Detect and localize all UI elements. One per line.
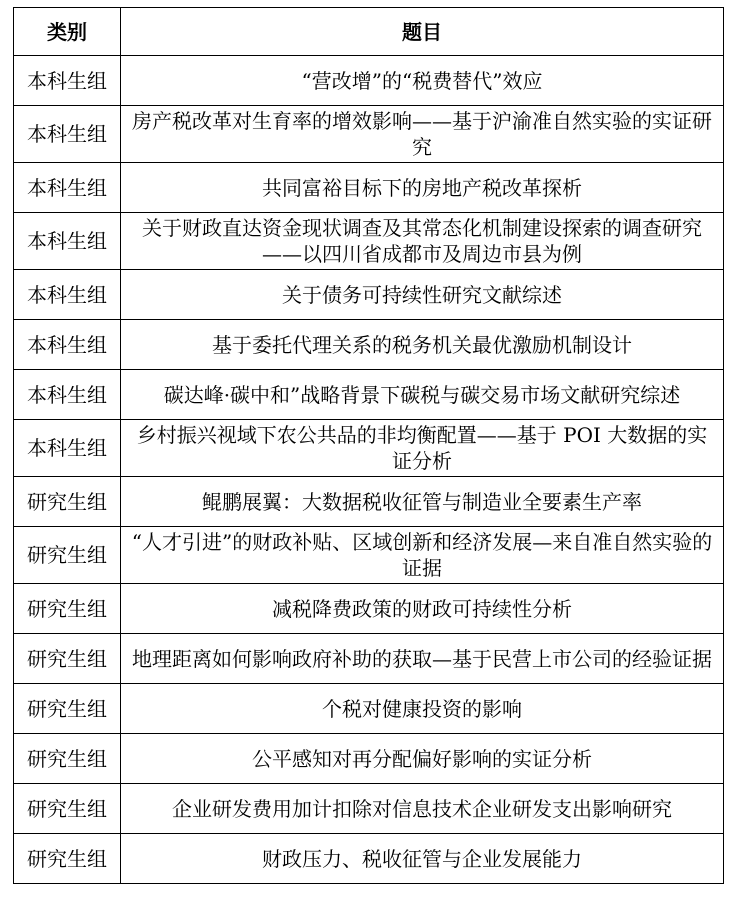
category-cell: 研究生组 [14, 477, 121, 527]
title-cell: 房产税改革对生育率的增效影响——基于沪渝准自然实验的实证研究 [121, 106, 724, 163]
title-cell: 个税对健康投资的影响 [121, 684, 724, 734]
table-row: 本科生组 关于债务可持续性研究文献综述 [14, 270, 724, 320]
title-cell: 企业研发费用加计扣除对信息技术企业研发支出影响研究 [121, 784, 724, 834]
table-row: 研究生组 财政压力、税收征管与企业发展能力 [14, 834, 724, 884]
topics-table: 类别 题目 本科生组 “营改增”的“税费替代”效应 本科生组 房产税改革对生育率… [13, 7, 724, 884]
category-cell: 本科生组 [14, 320, 121, 370]
table-row: 本科生组 共同富裕目标下的房地产税改革探析 [14, 163, 724, 213]
category-cell: 本科生组 [14, 163, 121, 213]
table-header: 类别 题目 [14, 8, 724, 56]
table-row: 本科生组 碳达峰·碳中和”战略背景下碳税与碳交易市场文献研究综述 [14, 370, 724, 420]
category-cell: 研究生组 [14, 684, 121, 734]
title-cell: “人才引进”的财政补贴、区域创新和经济发展—来自准自然实验的证据 [121, 527, 724, 584]
title-cell: 减税降费政策的财政可持续性分析 [121, 584, 724, 634]
category-cell: 本科生组 [14, 420, 121, 477]
category-cell: 研究生组 [14, 784, 121, 834]
title-cell: 鲲鹏展翼：大数据税收征管与制造业全要素生产率 [121, 477, 724, 527]
title-cell: 共同富裕目标下的房地产税改革探析 [121, 163, 724, 213]
table-row: 本科生组 房产税改革对生育率的增效影响——基于沪渝准自然实验的实证研究 [14, 106, 724, 163]
table-row: 研究生组 “人才引进”的财政补贴、区域创新和经济发展—来自准自然实验的证据 [14, 527, 724, 584]
title-cell: 基于委托代理关系的税务机关最优激励机制设计 [121, 320, 724, 370]
table-row: 研究生组 鲲鹏展翼：大数据税收征管与制造业全要素生产率 [14, 477, 724, 527]
table-row: 研究生组 减税降费政策的财政可持续性分析 [14, 584, 724, 634]
table-row: 研究生组 公平感知对再分配偏好影响的实证分析 [14, 734, 724, 784]
category-cell: 本科生组 [14, 370, 121, 420]
category-cell: 研究生组 [14, 634, 121, 684]
table-row: 本科生组 关于财政直达资金现状调查及其常态化机制建设探索的调查研究——以四川省成… [14, 213, 724, 270]
category-cell: 研究生组 [14, 834, 121, 884]
category-cell: 本科生组 [14, 213, 121, 270]
category-cell: 研究生组 [14, 584, 121, 634]
table-body: 本科生组 “营改增”的“税费替代”效应 本科生组 房产税改革对生育率的增效影响—… [14, 56, 724, 884]
title-cell: “营改增”的“税费替代”效应 [121, 56, 724, 106]
title-cell: 地理距离如何影响政府补助的获取—基于民营上市公司的经验证据 [121, 634, 724, 684]
category-cell: 本科生组 [14, 270, 121, 320]
category-cell: 本科生组 [14, 106, 121, 163]
header-row: 类别 题目 [14, 8, 724, 56]
category-cell: 研究生组 [14, 734, 121, 784]
table-row: 本科生组 “营改增”的“税费替代”效应 [14, 56, 724, 106]
table-row: 研究生组 地理距离如何影响政府补助的获取—基于民营上市公司的经验证据 [14, 634, 724, 684]
title-cell: 乡村振兴视域下农公共品的非均衡配置——基于 POI 大数据的实证分析 [121, 420, 724, 477]
category-cell: 本科生组 [14, 56, 121, 106]
column-header-category: 类别 [14, 8, 121, 56]
title-cell: 碳达峰·碳中和”战略背景下碳税与碳交易市场文献研究综述 [121, 370, 724, 420]
category-cell: 研究生组 [14, 527, 121, 584]
title-cell: 关于财政直达资金现状调查及其常态化机制建设探索的调查研究——以四川省成都市及周边… [121, 213, 724, 270]
topics-table-container: 类别 题目 本科生组 “营改增”的“税费替代”效应 本科生组 房产税改革对生育率… [13, 7, 724, 884]
table-row: 研究生组 企业研发费用加计扣除对信息技术企业研发支出影响研究 [14, 784, 724, 834]
table-row: 本科生组 基于委托代理关系的税务机关最优激励机制设计 [14, 320, 724, 370]
title-cell: 公平感知对再分配偏好影响的实证分析 [121, 734, 724, 784]
title-cell: 关于债务可持续性研究文献综述 [121, 270, 724, 320]
column-header-title: 题目 [121, 8, 724, 56]
table-row: 研究生组 个税对健康投资的影响 [14, 684, 724, 734]
title-cell: 财政压力、税收征管与企业发展能力 [121, 834, 724, 884]
table-row: 本科生组 乡村振兴视域下农公共品的非均衡配置——基于 POI 大数据的实证分析 [14, 420, 724, 477]
